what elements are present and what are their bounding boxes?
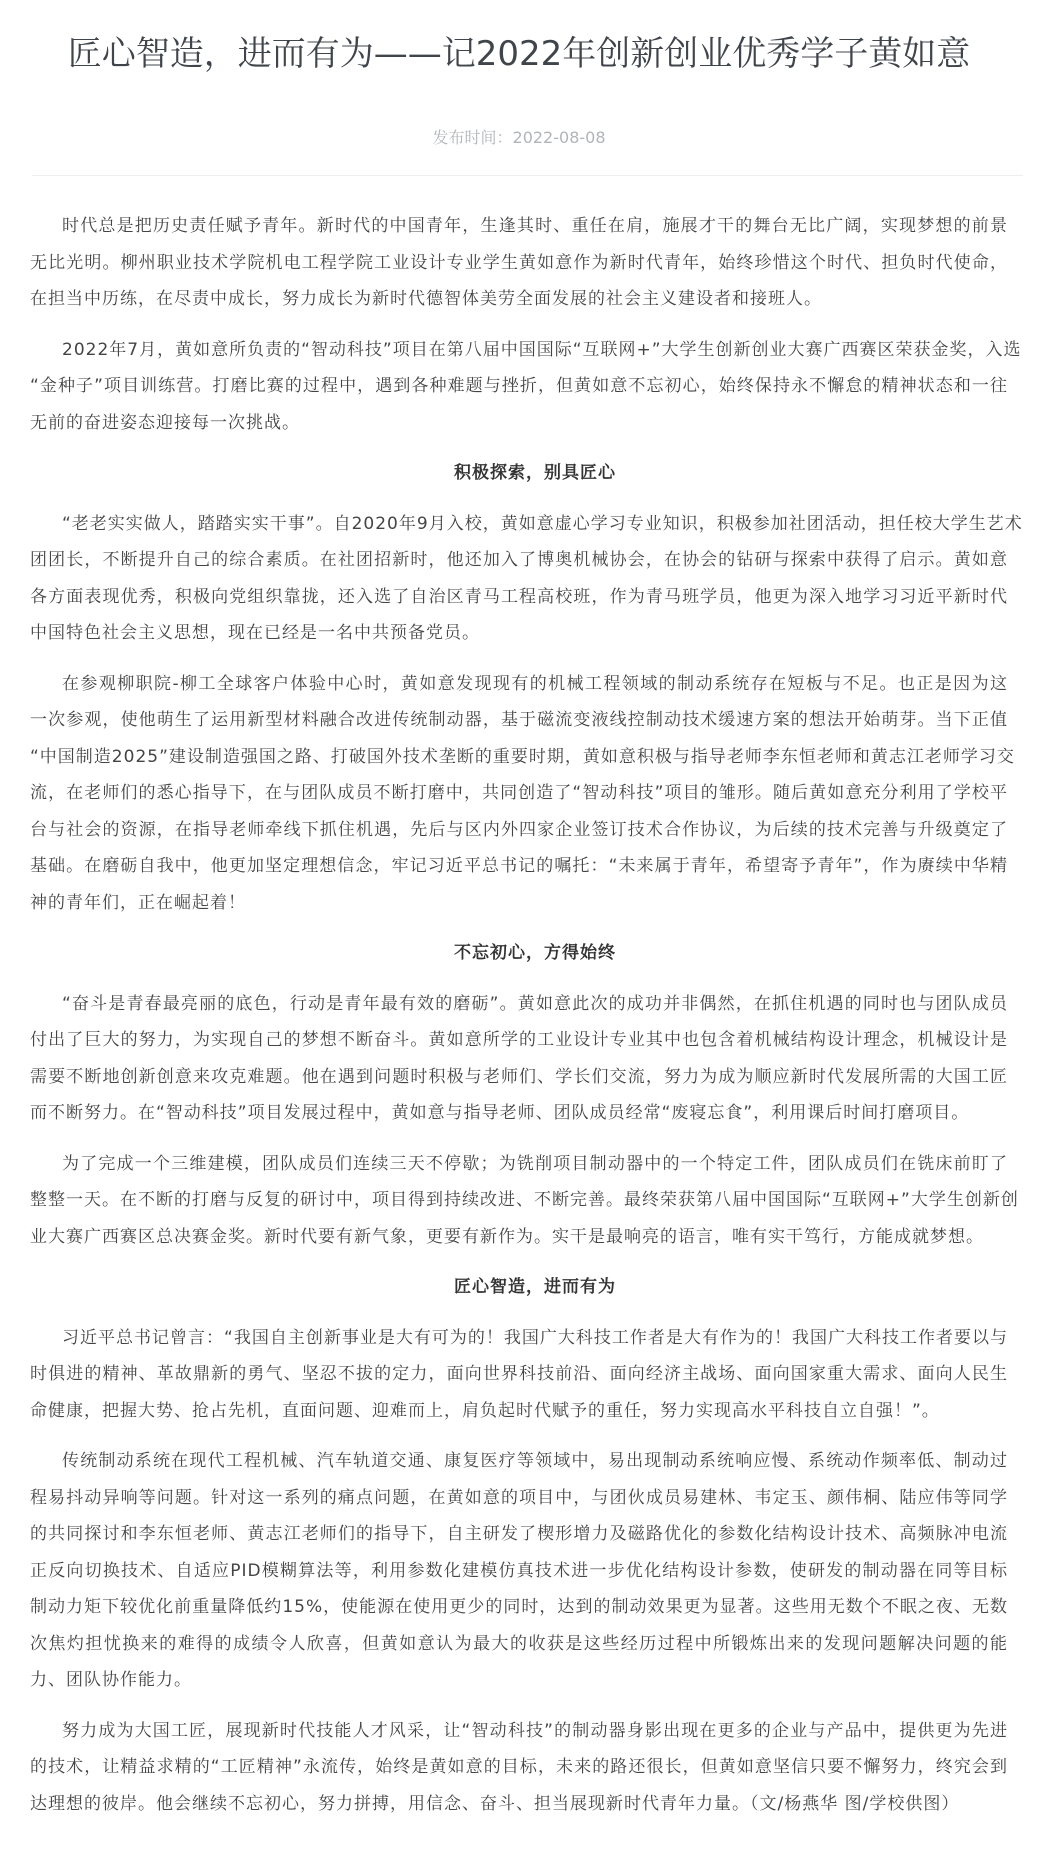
- text-line: 力、团队协作能力。: [30, 1662, 1008, 1699]
- text-line: 在参观柳职院-柳工全球客户体验中心时，黄如意发现现有的机械工程领域的制动系统存在…: [30, 666, 1008, 703]
- text-line: 在担当中历练，在尽责中成长，努力成长为新时代德智体美劳全面发展的社会主义建设者和…: [30, 281, 1008, 318]
- text-line: 制动力矩下较优化前重量降低约15%，使能源在使用更少的同时，达到的制动效果更为显…: [30, 1589, 1008, 1626]
- text-line: 为了完成一个三维建模，团队成员们连续三天不停歇；为铣削项目制动器中的一个特定工件…: [30, 1146, 1008, 1183]
- publish-label: 发布时间：: [433, 128, 513, 147]
- text-line: 努力成为大国工匠，展现新时代技能人才风采，让“智动科技”的制动器身影出现在更多的…: [30, 1713, 1008, 1750]
- text-line: 各方面表现优秀，积极向党组织靠拢，还入选了自治区青马工程高校班，作为青马班学员，…: [30, 579, 1008, 616]
- text-line: 需要不断地创新创意来攻克难题。他在遇到问题时积极与老师们、学长们交流，努力为成为…: [30, 1059, 1008, 1096]
- text-line: 次焦灼担忧换来的难得的成绩令人欣喜，但黄如意认为最大的收获是这些经历过程中所锻炼…: [30, 1626, 1008, 1663]
- page-title: 匠心智造，进而有为——记2022年创新创业优秀学子黄如意: [0, 0, 1038, 76]
- paragraph: 为了完成一个三维建模，团队成员们连续三天不停歇；为铣削项目制动器中的一个特定工件…: [30, 1146, 1008, 1256]
- text-line: “金种子”项目训练营。打磨比赛的过程中，遇到各种难题与挫折，但黄如意不忘初心，始…: [30, 368, 1008, 405]
- text-line: 中国特色社会主义思想，现在已经是一名中共预备党员。: [30, 615, 1008, 652]
- header-divider: [32, 175, 1023, 176]
- paragraph: 2022年7月，黄如意所负责的“智动科技”项目在第八届中国国际“互联网+”大学生…: [30, 332, 1008, 442]
- section-heading: 匠心智造，进而有为: [30, 1269, 1008, 1306]
- paragraph: “老老实实做人，踏踏实实干事”。自2020年9月入校，黄如意虚心学习专业知识，积…: [30, 506, 1008, 652]
- text-line: “老老实实做人，踏踏实实干事”。自2020年9月入校，黄如意虚心学习专业知识，积…: [30, 506, 1008, 543]
- section-heading: 不忘初心，方得始终: [30, 935, 1008, 972]
- text-line: 无前的奋进姿态迎接每一次挑战。: [30, 405, 1008, 442]
- text-line: 的技术，让精益求精的“工匠精神”永流传，始终是黄如意的目标，未来的路还很长，但黄…: [30, 1749, 1008, 1786]
- text-line: 2022年7月，黄如意所负责的“智动科技”项目在第八届中国国际“互联网+”大学生…: [30, 332, 1008, 369]
- text-line: “中国制造2025”建设制造强国之路、打破国外技术垄断的重要时期，黄如意积极与指…: [30, 739, 1008, 776]
- article-header: 匠心智造，进而有为——记2022年创新创业优秀学子黄如意 发布时间：2022-0…: [0, 0, 1038, 176]
- text-line: 程易抖动异响等问题。针对这一系列的痛点问题，在黄如意的项目中，与团伙成员易建林、…: [30, 1480, 1008, 1517]
- text-line: 业大赛广西赛区总决赛金奖。新时代要有新气象，更要有新作为。实干是最响亮的语言，唯…: [30, 1219, 1008, 1256]
- text-line: 时俱进的精神、革故鼎新的勇气、坚忍不拔的定力，面向世界科技前沿、面向经济主战场、…: [30, 1356, 1008, 1393]
- text-line: 流，在老师们的悉心指导下，在与团队成员不断打磨中，共同创造了“智动科技”项目的雏…: [30, 775, 1008, 812]
- text-line: 一次参观，使他萌生了运用新型材料融合改进传统制动器，基于磁流变液线控制动技术缓速…: [30, 702, 1008, 739]
- text-line: 台与社会的资源，在指导老师牵线下抓住机遇，先后与区内外四家企业签订技术合作协议，…: [30, 812, 1008, 849]
- text-line: 神的青年们，正在崛起着！: [30, 885, 1008, 922]
- paragraph: 努力成为大国工匠，展现新时代技能人才风采，让“智动科技”的制动器身影出现在更多的…: [30, 1713, 1008, 1823]
- text-line: 而不断努力。在“智动科技”项目发展过程中，黄如意与指导老师、团队成员经常“废寝忘…: [30, 1095, 1008, 1132]
- text-line: “奋斗是青春最亮丽的底色，行动是青年最有效的磨砺”。黄如意此次的成功并非偶然，在…: [30, 986, 1008, 1023]
- text-line: 的共同探讨和李东恒老师、黄志江老师们的指导下，自主研发了楔形增力及磁路优化的参数…: [30, 1516, 1008, 1553]
- text-line: 基础。在磨砺自我中，他更加坚定理想信念，牢记习近平总书记的嘱托：“未来属于青年，…: [30, 848, 1008, 885]
- article-body: 时代总是把历史责任赋予青年。新时代的中国青年，生逢其时、重任在肩，施展才干的舞台…: [30, 208, 1008, 1822]
- publish-info: 发布时间：2022-08-08: [0, 126, 1038, 150]
- section-heading: 积极探索，别具匠心: [30, 455, 1008, 492]
- text-line: 团团长，不断提升自己的综合素质。在社团招新时，他还加入了博奥机械协会，在协会的钻…: [30, 542, 1008, 579]
- paragraph: 在参观柳职院-柳工全球客户体验中心时，黄如意发现现有的机械工程领域的制动系统存在…: [30, 666, 1008, 922]
- text-line: 正反向切换技术、自适应PID模糊算法等，利用参数化建模仿真技术进一步优化结构设计…: [30, 1553, 1008, 1590]
- text-line: 命健康，把握大势、抢占先机，直面问题、迎难而上，肩负起时代赋予的重任，努力实现高…: [30, 1393, 1008, 1430]
- text-line: 达理想的彼岸。他会继续不忘初心，努力拼搏，用信念、奋斗、担当展现新时代青年力量。…: [30, 1786, 1008, 1823]
- text-line: 付出了巨大的努力，为实现自己的梦想不断奋斗。黄如意所学的工业设计专业其中也包含着…: [30, 1022, 1008, 1059]
- text-line: 传统制动系统在现代工程机械、汽车轨道交通、康复医疗等领域中，易出现制动系统响应慢…: [30, 1443, 1008, 1480]
- text-line: 时代总是把历史责任赋予青年。新时代的中国青年，生逢其时、重任在肩，施展才干的舞台…: [30, 208, 1008, 245]
- publish-date: 2022-08-08: [513, 128, 606, 147]
- paragraph: 传统制动系统在现代工程机械、汽车轨道交通、康复医疗等领域中，易出现制动系统响应慢…: [30, 1443, 1008, 1699]
- text-line: 无比光明。柳州职业技术学院机电工程学院工业设计专业学生黄如意作为新时代青年，始终…: [30, 245, 1008, 282]
- paragraph: “奋斗是青春最亮丽的底色，行动是青年最有效的磨砺”。黄如意此次的成功并非偶然，在…: [30, 986, 1008, 1132]
- text-line: 整整一天。在不断的打磨与反复的研讨中，项目得到持续改进、不断完善。最终荣获第八届…: [30, 1182, 1008, 1219]
- text-line: 习近平总书记曾言：“我国自主创新事业是大有可为的！我国广大科技工作者是大有作为的…: [30, 1320, 1008, 1357]
- paragraph: 时代总是把历史责任赋予青年。新时代的中国青年，生逢其时、重任在肩，施展才干的舞台…: [30, 208, 1008, 318]
- paragraph: 习近平总书记曾言：“我国自主创新事业是大有可为的！我国广大科技工作者是大有作为的…: [30, 1320, 1008, 1430]
